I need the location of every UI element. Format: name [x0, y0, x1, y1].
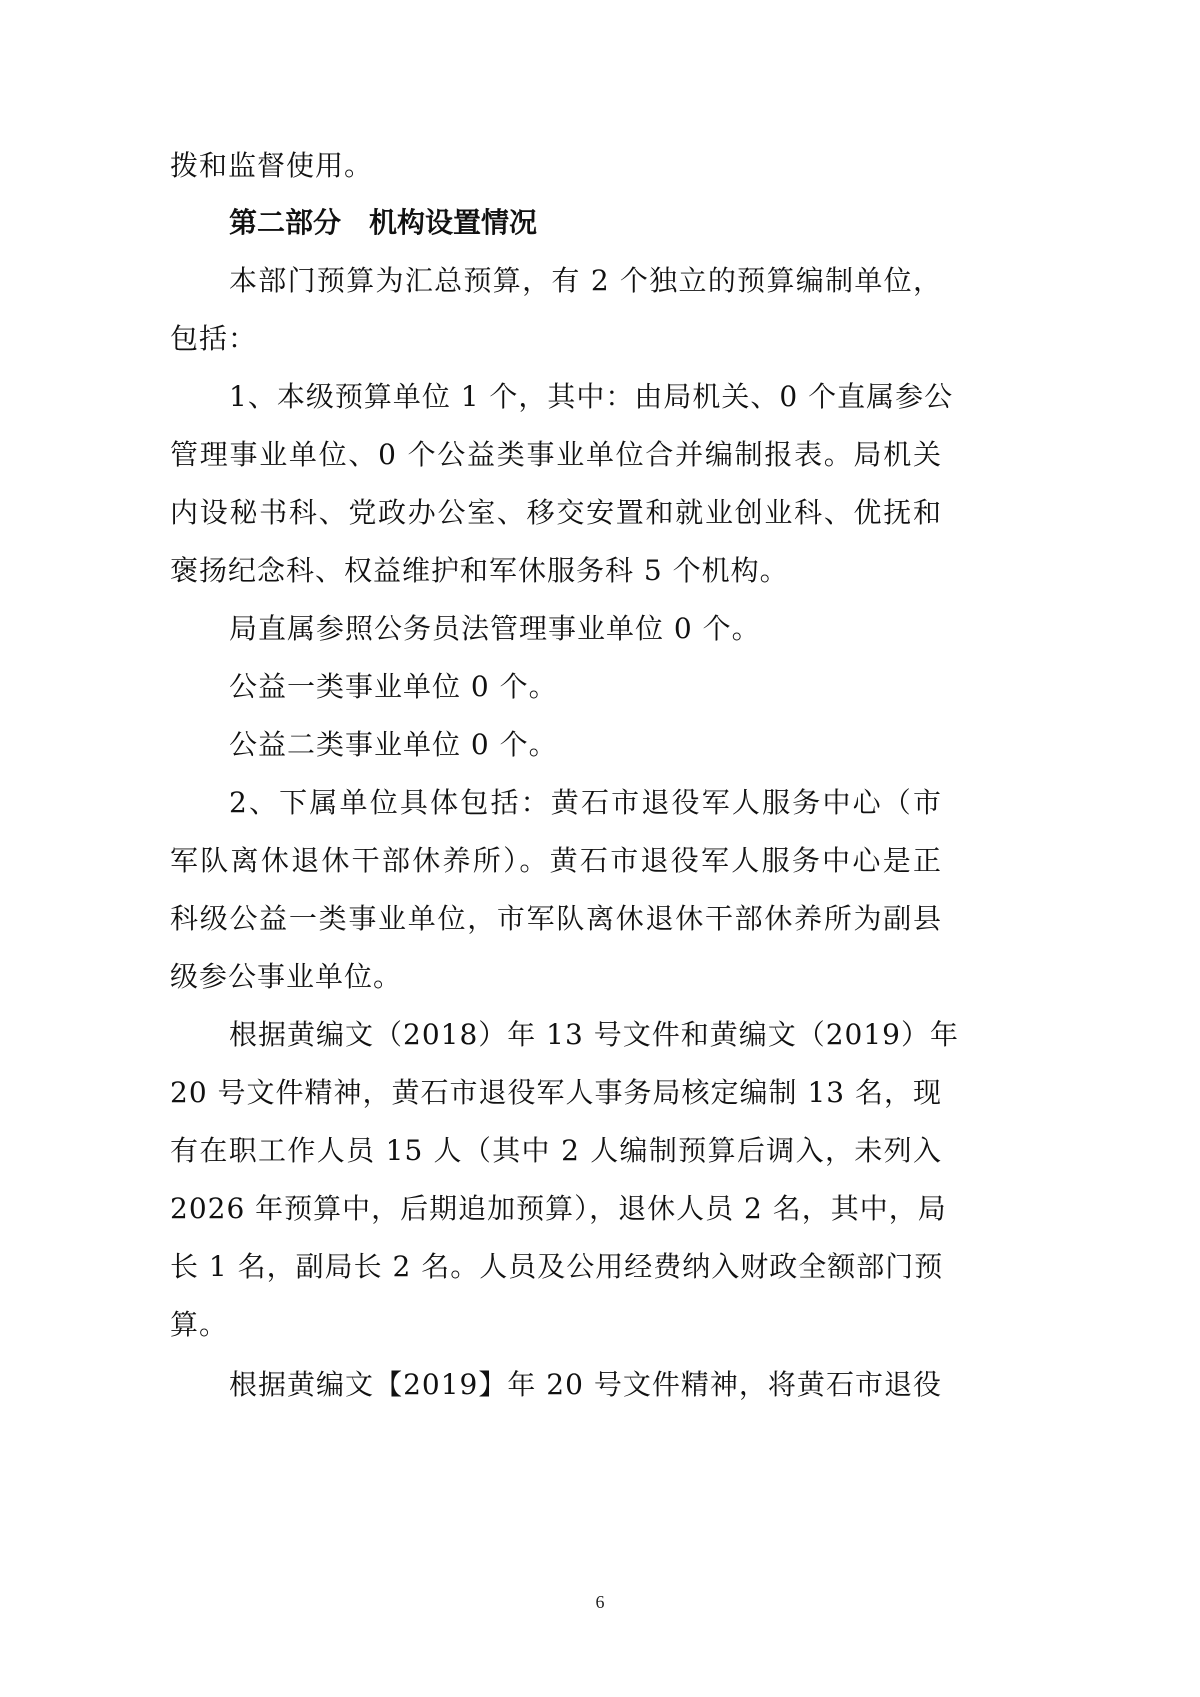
- paragraph-line: 公益一类事业单位 0 个。: [229, 667, 558, 707]
- paragraph-line: 级参公事业单位。: [170, 957, 402, 997]
- paragraph-line: 本部门预算为汇总预算，有 2 个独立的预算编制单位，: [229, 261, 942, 301]
- document-page: 拨和监督使用。 第二部分 机构设置情况 本部门预算为汇总预算，有 2 个独立的预…: [0, 0, 1200, 1697]
- paragraph-line: 20 号文件精神，黄石市退役军人事务局核定编制 13 名，现: [170, 1073, 942, 1113]
- paragraph-line: 军队离休退休干部休养所）。黄石市退役军人服务中心是正: [170, 841, 942, 881]
- section-heading: 第二部分 机构设置情况: [229, 203, 537, 243]
- paragraph-line: 包括：: [170, 319, 257, 359]
- paragraph-line: 2、下属单位具体包括：黄石市退役军人服务中心（市: [229, 783, 942, 823]
- page-number: 6: [0, 1590, 1200, 1614]
- paragraph-line: 根据黄编文（2018）年 13 号文件和黄编文（2019）年: [229, 1015, 942, 1055]
- paragraph-line: 有在职工作人员 15 人（其中 2 人编制预算后调入，未列入: [170, 1131, 942, 1171]
- paragraph-line: 内设秘书科、党政办公室、移交安置和就业创业科、优抚和: [170, 493, 942, 533]
- paragraph-line: 长 1 名，副局长 2 名。人员及公用经费纳入财政全额部门预: [170, 1247, 942, 1287]
- paragraph-line: 褒扬纪念科、权益维护和军休服务科 5 个机构。: [170, 551, 789, 591]
- paragraph-line: 局直属参照公务员法管理事业单位 0 个。: [229, 609, 761, 649]
- paragraph-line: 科级公益一类事业单位，市军队离休退休干部休养所为副县: [170, 899, 942, 939]
- paragraph-line: 管理事业单位、0 个公益类事业单位合并编制报表。局机关: [170, 435, 942, 475]
- paragraph-line: 公益二类事业单位 0 个。: [229, 725, 558, 765]
- paragraph-line: 2026 年预算中，后期追加预算），退休人员 2 名，其中，局: [170, 1189, 942, 1229]
- paragraph-line: 拨和监督使用。: [170, 146, 373, 186]
- paragraph-line: 根据黄编文【2019】年 20 号文件精神，将黄石市退役: [229, 1365, 942, 1405]
- paragraph-line: 算。: [170, 1305, 228, 1345]
- paragraph-line: 1、本级预算单位 1 个，其中：由局机关、0 个直属参公: [229, 377, 942, 417]
